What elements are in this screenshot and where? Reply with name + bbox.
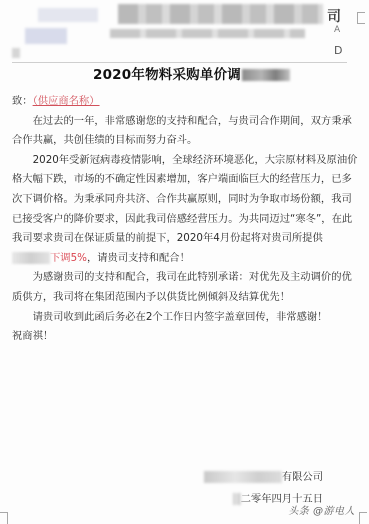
paragraph-commitment: 为感谢贵司的支持和配合，我司在此特别承诺：对优先及主动调价的优质供方，我司将在集…: [12, 268, 360, 307]
letterhead-char: D: [334, 44, 342, 57]
letterhead-char: 司: [327, 6, 341, 26]
document-page: 司 A D 2020年物料采购单价调 致：（供应商名称） 在过去的一年，非常感谢…: [0, 0, 369, 524]
logo-fragment: [12, 48, 20, 58]
salutation: 致：（供应商名称）: [12, 92, 360, 112]
document-title: 2020年物料采购单价调: [0, 63, 369, 83]
letterhead: 司 A D: [0, 0, 369, 64]
company-name-blurred: [118, 4, 323, 24]
company-name-redacted: [204, 471, 282, 483]
watermark: 头条 @游电人: [288, 502, 355, 517]
company-logo-blurred: [38, 8, 98, 22]
company-address-blurred: [110, 29, 305, 38]
letterhead-char: A: [334, 25, 340, 35]
signature-company: 有限公司: [204, 466, 323, 488]
discount-highlight: 下调5%: [50, 252, 87, 264]
paragraph-thanks: 在过去的一年，非常感谢您的支持和配合，与贵司合作期间，双方秉承合作共赢，共创佳绩…: [12, 112, 360, 151]
supplier-name-placeholder: （供应商名称）: [33, 95, 100, 107]
crop-mark: [357, 12, 365, 24]
crop-mark: [0, 512, 8, 524]
paragraph-price-adjustment: 2020年受新冠病毒疫情影响，全球经济环境恶化，大宗原材料及原油价格大幅下跌，市…: [12, 151, 360, 269]
title-redacted: [242, 69, 290, 81]
paragraph-request: 请贵司收到此函后务必在2个工作日内签字盖章回传，非常感谢！: [12, 308, 360, 328]
letter-body: 致：（供应商名称） 在过去的一年，非常感谢您的支持和配合，与贵司合作期间，双方秉…: [12, 92, 360, 347]
crop-mark: [359, 512, 367, 524]
company-logo-blurred-2: [25, 28, 67, 44]
closing-greeting: 祝商祺！: [12, 327, 360, 347]
date-redacted: [233, 493, 241, 505]
redacted-item: [12, 252, 50, 264]
